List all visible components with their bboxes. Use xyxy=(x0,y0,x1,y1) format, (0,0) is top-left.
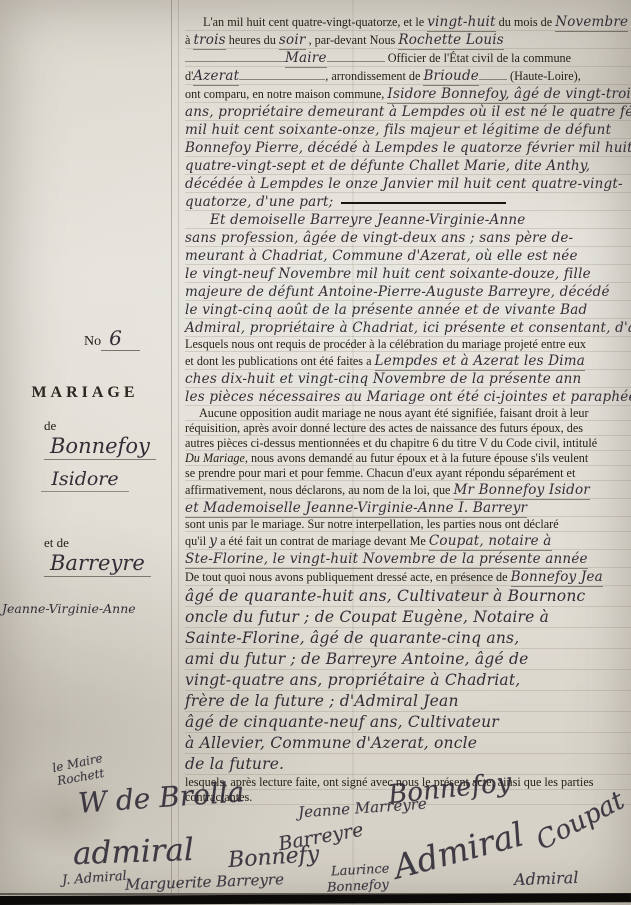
act-number-label: No xyxy=(84,334,101,349)
handwritten-text: frère de la future ; d'Admiral Jean xyxy=(185,692,459,710)
document-line: Bonnefoy Pierre, décédé à Lempdes le qua… xyxy=(185,139,631,157)
document-line: autres pièces ci-dessus mentionnées et d… xyxy=(185,436,631,451)
handwritten-text: ches dix-huit et vingt-cinq Novembre de … xyxy=(185,371,581,387)
printed-text: nous avons demandé au futur époux et à l… xyxy=(248,451,588,465)
printed-text: et dont les publications ont été faites … xyxy=(185,354,375,368)
document-line: ches dix-huit et vingt-cinq Novembre de … xyxy=(185,370,631,388)
handwritten-text: âgé de quarante-huit ans, Cultivateur à … xyxy=(185,587,585,605)
blank-line xyxy=(479,68,507,80)
printed-text: , par-devant Nous xyxy=(306,33,399,47)
printed-text: heures du xyxy=(226,33,279,47)
document-line: Du Mariage, nous avons demandé au futur … xyxy=(185,451,631,466)
handwritten-text: meurant à Chadriat, Commune d'Azerat, où… xyxy=(185,248,578,264)
handwritten-text: majeure de défunt Antoine-Pierre-Auguste… xyxy=(185,284,610,300)
printed-text: Du Mariage, xyxy=(185,451,248,465)
margin-rule xyxy=(171,0,172,893)
act-body-text: L'an mil huit cent quatre-vingt-quatorze… xyxy=(185,13,631,805)
printed-text: , arrondissement de xyxy=(325,69,423,83)
blank-line xyxy=(239,68,325,80)
handwritten-text: mil huit cent soixante-onze, fils majeur… xyxy=(185,122,611,138)
document-line: De tout quoi nous avons publiquement dre… xyxy=(185,568,631,586)
document-line: oncle du futur ; de Coupat Eugène, Notai… xyxy=(185,607,631,628)
document-line: Ste-Florine, le vingt-huit Novembre de l… xyxy=(185,550,631,568)
document-line: le vingt-neuf Novembre mil huit cent soi… xyxy=(185,265,631,283)
marriage-certificate-scan: No6 MARIAGE de Bonnefoy Isidore et de Ba… xyxy=(0,0,631,905)
document-line: Sainte-Florine, âgé de quarante-cinq ans… xyxy=(185,628,631,649)
handwritten-text: Et demoiselle Barreyre Jeanne-Virginie-A… xyxy=(210,212,525,228)
witness-signature: Bonnefy xyxy=(227,842,320,873)
witness-signature: admiral xyxy=(72,832,194,872)
document-line: Admiral, propriétaire à Chadriat, ici pr… xyxy=(185,319,631,337)
handwritten-text: Bonnefoy Jea xyxy=(511,569,603,587)
printed-text: a été fait un contrat de mariage devant … xyxy=(217,534,429,548)
document-line: Et demoiselle Barreyre Jeanne-Virginie-A… xyxy=(185,211,631,229)
document-line: Aucune opposition audit mariage ne nous … xyxy=(185,406,631,421)
printed-text: Lesquels nous ont requis de procéder à l… xyxy=(185,337,586,351)
handwritten-text: décédée à Lempdes le onze Janvier mil hu… xyxy=(185,176,623,192)
document-line: frère de la future ; d'Admiral Jean xyxy=(185,691,631,712)
witness-signature: Admiral xyxy=(389,814,527,886)
document-line: le vingt-cinq août de la présente année … xyxy=(185,301,631,319)
bride-line: et de Barreyre xyxy=(0,535,170,575)
printed-text: qu'il xyxy=(185,534,209,548)
act-title: MARIAGE xyxy=(0,384,170,402)
document-line: Maire Officier de l'État civil de la com… xyxy=(185,49,631,67)
blank-line xyxy=(185,50,285,62)
printed-text: (Haute-Loire), xyxy=(507,69,581,83)
handwritten-text: et Mademoiselle Jeanne-Virginie-Anne I. … xyxy=(185,500,527,518)
document-line: de la future. xyxy=(185,754,631,775)
handwritten-text: ami du futur ; de Barreyre Antoine, âgé … xyxy=(185,650,528,668)
bride-surname: Barreyre xyxy=(44,551,151,577)
witness-signature: J. Admiral xyxy=(62,869,128,888)
groom-firstname-line: Isidore xyxy=(0,468,170,491)
document-line: ami du futur ; de Barreyre Antoine, âgé … xyxy=(185,649,631,670)
handwritten-text: Coupat, notaire à xyxy=(429,533,552,551)
document-line: réquisition, après avoir donné lecture d… xyxy=(185,421,631,436)
document-line: décédée à Lempdes le onze Janvier mil hu… xyxy=(185,175,631,193)
handwritten-text: Admiral, propriétaire à Chadriat, ici pr… xyxy=(185,320,631,336)
document-line: qu'il y a été fait un contrat de mariage… xyxy=(185,532,631,550)
closing-rule xyxy=(341,202,506,205)
handwritten-text: Maire xyxy=(285,50,327,68)
handwritten-text: soir xyxy=(279,32,306,50)
act-number-value: 6 xyxy=(101,326,140,351)
handwritten-text: Lempdes et à Azerat les Dima xyxy=(375,353,585,371)
document-line: majeure de défunt Antoine-Pierre-Auguste… xyxy=(185,283,631,301)
document-line: sont unis par le mariage. Sur notre inte… xyxy=(185,517,631,532)
handwritten-text: de la future. xyxy=(185,755,284,773)
document-line: meurant à Chadriat, Commune d'Azerat, où… xyxy=(185,247,631,265)
handwritten-text: Rochette Louis xyxy=(398,32,504,50)
witness-signature: Marguerite Barreyre xyxy=(125,870,285,894)
handwritten-text: âgé de cinquante-neuf ans, Cultivateur xyxy=(185,713,499,731)
handwritten-text: quatorze, d'une part; xyxy=(185,194,333,210)
handwritten-text: Azerat xyxy=(193,68,239,86)
handwritten-text: Bonnefoy Pierre, décédé à Lempdes le qua… xyxy=(185,140,631,156)
handwritten-text: Mr Bonnefoy Isidor xyxy=(454,482,590,500)
handwritten-text: vingt-huit xyxy=(427,14,495,32)
printed-text: se prendre pour mari et pour femme. Chac… xyxy=(185,466,575,480)
groom-line: de Bonnefoy xyxy=(0,418,170,458)
printed-text: Aucune opposition audit mariage ne nous … xyxy=(199,406,589,420)
margin-annotation: No6 MARIAGE de Bonnefoy Isidore et de Ba… xyxy=(0,326,170,616)
handwritten-text: le vingt-neuf Novembre mil huit cent soi… xyxy=(185,266,591,282)
handwritten-text: trois xyxy=(193,32,225,50)
handwritten-text: le vingt-cinq août de la présente année … xyxy=(185,302,587,318)
document-line: mil huit cent soixante-onze, fils majeur… xyxy=(185,121,631,139)
printed-text: De tout quoi nous avons publiquement dre… xyxy=(185,570,511,584)
handwritten-text: les pièces nécessaires au Mariage ont ét… xyxy=(185,389,631,405)
document-line: les pièces nécessaires au Mariage ont ét… xyxy=(185,388,631,406)
page-edge-shadow xyxy=(0,893,631,905)
document-line: sans profession, âgée de vingt-deux ans … xyxy=(185,229,631,247)
document-line: et Mademoiselle Jeanne-Virginie-Anne I. … xyxy=(185,499,631,517)
de-label: de xyxy=(44,418,56,433)
handwritten-text: Novembre xyxy=(555,14,628,32)
handwritten-text: Sainte-Florine, âgé de quarante-cinq ans… xyxy=(185,629,519,647)
document-line: à Allevier, Commune d'Azerat, oncle xyxy=(185,733,631,754)
handwritten-text: Ste-Florine, le vingt-huit Novembre de l… xyxy=(185,551,588,569)
printed-text: sont unis par le mariage. Sur notre inte… xyxy=(185,517,559,531)
handwritten-text: ans, propriétaire demeurant à Lempdes où… xyxy=(185,104,631,120)
document-line: d'Azerat, arrondissement de Brioude (Hau… xyxy=(185,67,631,85)
document-line: quatre-vingt-sept et de défunte Challet … xyxy=(185,157,631,175)
document-line: à trois heures du soir , par-devant Nous… xyxy=(185,31,631,49)
handwritten-text: quatre-vingt-sept et de défunte Challet … xyxy=(185,158,590,174)
document-line: vingt-quatre ans, propriétaire à Chadria… xyxy=(185,670,631,691)
document-line: ans, propriétaire demeurant à Lempdes où… xyxy=(185,103,631,121)
document-line: âgé de quarante-huit ans, Cultivateur à … xyxy=(185,586,631,607)
handwritten-text: Brioude xyxy=(423,68,479,86)
printed-text: L'an mil huit cent quatre-vingt-quatorze… xyxy=(203,15,427,29)
document-line: âgé de cinquante-neuf ans, Cultivateur xyxy=(185,712,631,733)
printed-text: Officier de l'État civil de la commune xyxy=(385,51,571,65)
blank-line xyxy=(327,50,385,62)
flourish-signature: W de Brolla xyxy=(77,775,245,820)
document-line: se prendre pour mari et pour femme. Chac… xyxy=(185,466,631,481)
printed-text: autres pièces ci-dessus mentionnées et d… xyxy=(185,436,597,450)
groom-surname: Bonnefoy xyxy=(44,434,156,460)
witness-signature: Admiral xyxy=(514,868,579,889)
et-de-label: et de xyxy=(44,535,69,550)
handwritten-text: sans profession, âgée de vingt-deux ans … xyxy=(185,230,573,246)
document-line: ont comparu, en notre maison commune, Is… xyxy=(185,85,631,103)
document-line: Lesquels nous ont requis de procéder à l… xyxy=(185,337,631,352)
margin-rule xyxy=(178,0,179,893)
printed-text: ont comparu, en notre maison commune, xyxy=(185,87,387,101)
handwritten-text: vingt-quatre ans, propriétaire à Chadria… xyxy=(185,671,520,689)
handwritten-text: Isidore Bonnefoy, âgé de vingt-troi xyxy=(387,86,631,104)
handwritten-text: oncle du futur ; de Coupat Eugène, Notai… xyxy=(185,608,549,626)
document-line: L'an mil huit cent quatre-vingt-quatorze… xyxy=(185,13,631,31)
printed-text: réquisition, après avoir donné lecture d… xyxy=(185,421,583,435)
printed-text: affirmativement, nous déclarons, au nom … xyxy=(185,483,454,497)
bride-firstnames: Jeanne-Virginie-Anne xyxy=(2,601,170,616)
printed-text: du mois de xyxy=(496,15,556,29)
groom-firstname: Isidore xyxy=(41,468,128,492)
handwritten-text: y xyxy=(209,533,217,549)
document-line: affirmativement, nous déclarons, au nom … xyxy=(185,481,631,499)
handwritten-text: à Allevier, Commune d'Azerat, oncle xyxy=(185,734,477,752)
document-line: et dont les publications ont été faites … xyxy=(185,352,631,370)
document-line: quatorze, d'une part; xyxy=(185,193,631,211)
